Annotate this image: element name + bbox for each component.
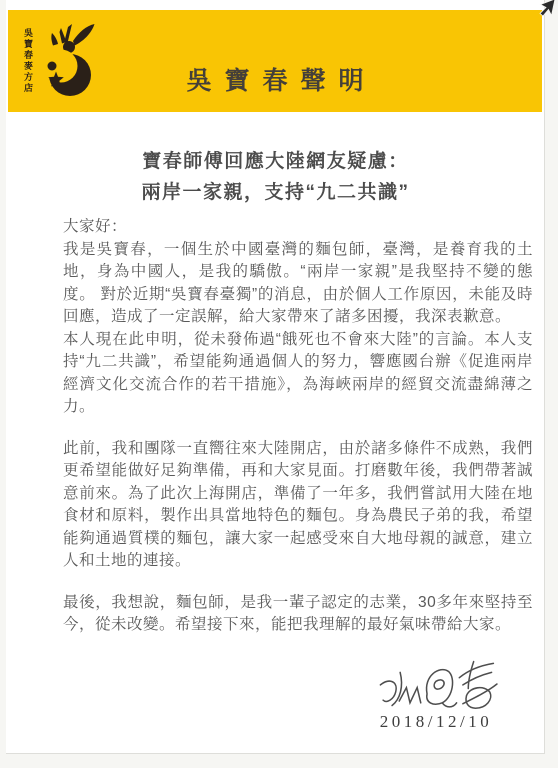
salutation: 大家好：: [63, 216, 533, 239]
mouse-cursor-icon: [536, 0, 558, 19]
statement-title: 吳寶春聲明: [8, 61, 542, 97]
document-page: 吳寶春麥方店 吳寶春聲明 寶春師傅回應大陸網友疑慮： 兩岸: [6, 0, 545, 754]
statement-date: 2018/12/10: [358, 712, 514, 732]
screenshot-root: { "colors": { "brand_yellow": "#F9C504",…: [0, 0, 558, 768]
handwritten-signature-icon: [366, 658, 506, 710]
signature-block: 2018/12/10: [358, 658, 514, 732]
statement-body: 大家好： 我是吳寶春，一個生於中國臺灣的麵包師，臺灣，是養育我的土地，身為中國人…: [63, 216, 533, 637]
paragraph-2: 本人現在此申明，從未發佈過“餓死也不會來大陸”的言論。本人支持“九二共識”，希望…: [63, 329, 533, 419]
paragraph-4: 最後，我想說，麵包師，是我一輩子認定的志業，30多年來堅持至今，從未改變。希望接…: [63, 592, 533, 637]
headline-line1: 寶春師傅回應大陸網友疑慮：: [6, 146, 545, 177]
header-band: 吳寶春麥方店 吳寶春聲明: [8, 10, 542, 112]
statement-headline: 寶春師傅回應大陸網友疑慮： 兩岸一家親，支持“九二共識”: [6, 146, 545, 208]
paragraph-3: 此前，我和團隊一直嚮往來大陸開店，由於諸多條件不成熟，我們更希望能做好足夠準備，…: [63, 438, 533, 573]
paragraph-1: 我是吳寶春，一個生於中國臺灣的麵包師，臺灣，是養育我的土地，身為中國人，是我的驕…: [63, 239, 533, 329]
headline-line2: 兩岸一家親，支持“九二共識”: [6, 177, 545, 208]
